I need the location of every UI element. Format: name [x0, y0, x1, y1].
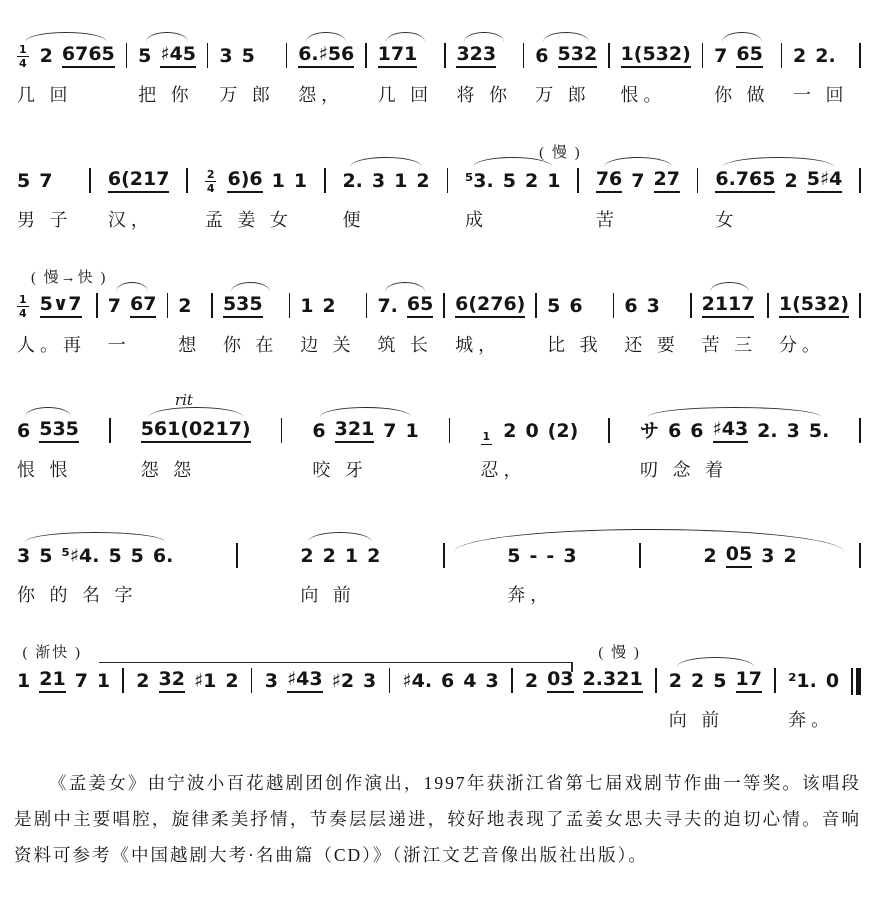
time-signature-numerator: 1	[17, 294, 29, 308]
score: 1426765几 回5♯45把 你35万 郎6.♯56怨，171几 回323将 …	[14, 16, 861, 732]
notes: ²1.0	[788, 667, 839, 693]
lyric: 怨，	[298, 81, 354, 107]
measure: 35⁵♯4.556.你 的 名 字	[14, 542, 176, 607]
time-signature-numerator: 1	[481, 431, 493, 445]
lyric: 女	[715, 206, 842, 232]
note-group: 27	[654, 170, 680, 193]
note-group: 1(532)	[621, 45, 691, 68]
notes: 2212	[300, 542, 380, 568]
lyric: 孟 姜 女	[205, 206, 307, 232]
notes: 2	[178, 292, 201, 318]
lyric: 成	[465, 206, 560, 232]
note-group: ♯2	[332, 672, 354, 693]
lyric: 人。再	[17, 331, 86, 357]
lyric: 怨 怨	[141, 456, 251, 482]
measure: 561(0217)怨 怨	[138, 417, 254, 482]
barline	[767, 293, 769, 318]
note-group: 6	[668, 422, 681, 443]
note-group: -	[546, 547, 554, 568]
note-group: 2	[136, 672, 149, 693]
notes: 145∨7	[17, 292, 86, 318]
note-group: ♯1	[194, 672, 216, 693]
note-group: 05	[726, 545, 752, 568]
lyric: 苦	[596, 206, 680, 232]
note-group: 3	[17, 547, 30, 568]
barline	[781, 43, 783, 68]
note-group: 5	[108, 547, 121, 568]
measure: 5--3奔，	[504, 542, 579, 607]
notes: 35⁵♯4.556.	[17, 542, 173, 568]
note-group: 5	[131, 547, 144, 568]
notes: 6.♯56	[298, 42, 354, 68]
measure: 765你 做	[711, 42, 773, 107]
notes: 20532	[704, 542, 797, 568]
lyric: 忍，	[481, 456, 579, 482]
notes: 1(532)	[621, 42, 691, 68]
notes: 323	[456, 42, 512, 68]
measure: 171几 回	[375, 42, 437, 107]
tempo-annotation: ( 慢 )	[539, 141, 582, 162]
note-group: 2	[525, 172, 538, 193]
lyric: 你 在	[223, 331, 279, 357]
lyric: 将 你	[456, 81, 512, 107]
measure: 76727苦	[593, 167, 683, 232]
note-group: 65	[407, 295, 433, 318]
measure: 1(532)分。	[776, 292, 852, 357]
measure: 232♯12	[133, 667, 241, 706]
barline	[236, 543, 238, 568]
note-group: 3	[563, 547, 576, 568]
barline	[109, 418, 111, 443]
note-group: ⁵3.	[465, 172, 494, 193]
lyric: 奔，	[507, 581, 576, 607]
note-group: 6)6	[227, 170, 262, 193]
barline	[289, 293, 291, 318]
note-group: 323	[456, 45, 496, 68]
measure: 12171	[14, 667, 113, 706]
measures-row: 57男 子6(217汉，246)611孟 姜 女2.312便⁵3.521成767…	[14, 167, 861, 232]
note-group: 3	[265, 672, 278, 693]
note-group: 3	[219, 47, 232, 68]
note-group: 5	[713, 672, 726, 693]
notes: 561(0217)	[141, 417, 251, 443]
barline	[697, 168, 699, 193]
notes: ⁵3.521	[465, 167, 560, 193]
note-group: ♯43	[287, 670, 323, 693]
tempo-annotation: ( 慢→快 )	[31, 266, 108, 287]
note-group: 5	[503, 172, 516, 193]
note-group: 7	[631, 172, 644, 193]
notes: 1426765	[17, 42, 115, 68]
barline	[365, 43, 367, 68]
time-signature-denominator: 4	[207, 182, 215, 195]
barline	[126, 43, 128, 68]
note-group: 532	[558, 45, 598, 68]
barline	[444, 43, 446, 68]
measure: 145∨7人。再	[14, 292, 89, 357]
notes: 246)611	[205, 167, 307, 193]
lyric: 分。	[779, 331, 849, 357]
lyric: 向 前	[669, 706, 762, 732]
note-group: 1(532)	[779, 295, 849, 318]
measure: 6.♯56怨，	[295, 42, 357, 107]
note-group: 6	[17, 422, 30, 443]
measure: サ66♯432.35.叨 念 着	[637, 417, 832, 482]
lyric: 一	[108, 331, 157, 357]
measure: 6532万 郎	[532, 42, 600, 107]
lyric: 一 回	[793, 81, 849, 107]
note-group: 6	[535, 47, 548, 68]
measure: 120(2)忍，	[478, 417, 582, 482]
lyric: 边 关	[300, 331, 356, 357]
notes: 767	[108, 292, 157, 318]
notes: 632171	[312, 417, 418, 443]
note-group: 0	[826, 672, 839, 693]
note-group: 17	[736, 670, 762, 693]
note-group: 6	[441, 672, 454, 693]
note-group: 6	[624, 297, 637, 318]
measures-row: 1426765几 回5♯45把 你35万 郎6.♯56怨，171几 回323将 …	[14, 42, 861, 107]
notes: 63	[624, 292, 680, 318]
notes: 6.76525♯4	[715, 167, 842, 193]
measure: 6(217汉，	[105, 167, 173, 232]
lyric: 几 回	[17, 81, 115, 107]
note-group: 2	[503, 422, 516, 443]
measures-row: 145∨7人。再767一2想535你 在12边 关7.65筑 长6(276)城，…	[14, 292, 861, 357]
time-signature-denominator: 4	[19, 57, 27, 70]
note-group: 2	[322, 297, 335, 318]
final-barline-thick	[856, 668, 861, 695]
notes: 56	[547, 292, 603, 318]
notes: 2.312	[342, 167, 429, 193]
measure: 2032.321	[522, 667, 646, 706]
tempo-annotation: ( 慢 )	[598, 641, 641, 662]
measure: 22.一 回	[790, 42, 852, 107]
note-group: 5	[547, 297, 560, 318]
notes: 6535	[17, 417, 79, 443]
barline	[96, 293, 98, 318]
time-signature: 24	[205, 169, 217, 195]
note-group: ♯4.	[402, 672, 432, 693]
barline	[207, 43, 209, 68]
note-group: 321	[335, 420, 375, 443]
note-group: 0	[525, 422, 538, 443]
note-group: 6(276)	[455, 295, 525, 318]
score-line-4: rit6535恨 恨561(0217)怨 怨632171咬 牙120(2)忍，サ…	[14, 391, 861, 482]
note-group: 2	[225, 672, 238, 693]
barline	[613, 293, 615, 318]
note-group: 1	[406, 422, 419, 443]
note-group: 5	[242, 47, 255, 68]
note-group: 2	[783, 547, 796, 568]
barline	[535, 293, 537, 318]
note-group: 7.	[377, 297, 397, 318]
lyric: 恨 恨	[17, 456, 79, 482]
time-signature-denominator: 4	[19, 307, 27, 320]
measure: 5♯45把 你	[135, 42, 199, 107]
notes: 22517	[669, 667, 762, 693]
notes: 5♯45	[138, 42, 196, 68]
note-group: サ	[640, 422, 659, 443]
barline	[702, 43, 704, 68]
note-group: 5	[138, 47, 151, 68]
time-signature: 14	[17, 44, 29, 70]
tempo-annotation: ( 渐快 )	[22, 641, 82, 662]
notes: 3♯43♯23	[265, 667, 377, 693]
score-line-3: ( 慢→快 )145∨7人。再767一2想535你 在12边 关7.65筑 长6…	[14, 266, 861, 357]
note-group: 3	[761, 547, 774, 568]
time-signature-numerator: 1	[17, 44, 29, 58]
note-group: 5	[507, 547, 520, 568]
note-group: 65	[736, 45, 762, 68]
score-line-1: 1426765几 回5♯45把 你35万 郎6.♯56怨，171几 回323将 …	[14, 16, 861, 107]
measure: 323将 你	[453, 42, 515, 107]
note-group: 7	[714, 47, 727, 68]
final-barline	[851, 668, 861, 695]
measure: 6(276)城，	[452, 292, 528, 357]
note-group: 7	[75, 672, 88, 693]
note-group: 6765	[62, 45, 115, 68]
lyric: 把 你	[138, 81, 196, 107]
barline	[186, 168, 188, 193]
lyric: 苦 三	[702, 331, 758, 357]
note-group: 32	[159, 670, 185, 693]
score-line-6: ( 渐快 )( 慢 )12171232♯123♯43♯23♯4.6432032.…	[14, 641, 861, 732]
barline	[859, 168, 861, 193]
lyric: 你 做	[714, 81, 770, 107]
barline	[324, 168, 326, 193]
time-signature: 14	[17, 294, 29, 320]
lyric: 便	[342, 206, 429, 232]
measure: 2想	[175, 292, 204, 357]
lyric: 向 前	[300, 581, 380, 607]
note-group: 03	[547, 670, 573, 693]
barline	[859, 293, 861, 318]
note-group: 6	[312, 422, 325, 443]
barline	[523, 43, 525, 68]
notes: 35	[219, 42, 275, 68]
time-signature-numerator: 2	[205, 169, 217, 183]
barline	[286, 43, 288, 68]
barline	[281, 418, 283, 443]
lyric: 叨 念 着	[640, 456, 829, 482]
measure: ²1.0奔。	[785, 667, 842, 732]
measures-row: 35⁵♯4.556.你 的 名 字2212向 前5--3奔，20532	[14, 542, 861, 607]
note-group: 171	[378, 45, 418, 68]
note-group: 2	[691, 672, 704, 693]
measure: 2.312便	[339, 167, 432, 232]
note-group: 2	[784, 172, 797, 193]
lyric: 男 子	[17, 206, 73, 232]
lyric: 咬 牙	[312, 456, 418, 482]
note-group: 6	[569, 297, 582, 318]
note-group: 3	[372, 172, 385, 193]
note-group: 2117	[702, 295, 755, 318]
notes: 7.65	[377, 292, 433, 318]
note-group: 6	[690, 422, 703, 443]
barline	[859, 43, 861, 68]
note-group: ⁵♯4.	[61, 547, 99, 568]
note-group: 1	[294, 172, 307, 193]
note-group: 2	[525, 672, 538, 693]
measure: 56比 我	[544, 292, 606, 357]
notes: 6(276)	[455, 292, 525, 318]
measure: 3♯43♯23	[262, 667, 380, 706]
note-group: 3	[363, 672, 376, 693]
measure: 1(532)恨。	[618, 42, 694, 107]
note-group: 2	[367, 547, 380, 568]
note-group: 2	[416, 172, 429, 193]
note-group: ♯43	[713, 420, 749, 443]
measures-row: 6535恨 恨561(0217)怨 怨632171咬 牙120(2)忍，サ66♯…	[14, 417, 861, 482]
lyric: 万 郎	[219, 81, 275, 107]
note-group: 5∨7	[40, 295, 82, 318]
note-group: 5	[39, 547, 52, 568]
notes: 5--3	[507, 542, 576, 568]
barline	[859, 418, 861, 443]
note-group: 2	[793, 47, 806, 68]
note-group: 7	[383, 422, 396, 443]
note-group: 21	[39, 670, 65, 693]
lyric: 城，	[455, 331, 525, 357]
lyric: 筑 长	[377, 331, 433, 357]
measure: ♯4.643	[399, 667, 501, 706]
notes: 232♯12	[136, 667, 238, 693]
measure: 63还 要	[621, 292, 683, 357]
notes: 12171	[17, 667, 110, 693]
score-line-5: 35⁵♯4.556.你 的 名 字2212向 前5--3奔，20532	[14, 516, 861, 607]
notes: 535	[223, 292, 279, 318]
measure: 20532	[701, 542, 800, 581]
barline	[608, 418, 610, 443]
note-group: 2	[40, 47, 53, 68]
measure: 2212向 前	[297, 542, 383, 607]
note-group: 3	[486, 672, 499, 693]
note-group: 1	[272, 172, 285, 193]
barline	[655, 668, 657, 693]
note-group: 6.765	[715, 170, 775, 193]
measure: 767一	[105, 292, 160, 357]
note-group: 6.	[153, 547, 173, 568]
lyric: 比 我	[547, 331, 603, 357]
measure: 6535恨 恨	[14, 417, 82, 482]
notes: 2032.321	[525, 667, 643, 693]
barline	[577, 168, 579, 193]
notes: 120(2)	[481, 417, 579, 443]
note-group: 535	[39, 420, 79, 443]
notes: 22.	[793, 42, 849, 68]
notes: ♯4.643	[402, 667, 498, 693]
note-group: 6.♯56	[298, 45, 354, 68]
note-group: 7	[108, 297, 121, 318]
measure: 57男 子	[14, 167, 76, 232]
measure: 6.76525♯4女	[712, 167, 845, 232]
barline	[366, 293, 368, 318]
note-group: 2.	[342, 172, 362, 193]
note-group: 5	[17, 172, 30, 193]
lyric: 几 回	[378, 81, 434, 107]
barline	[211, 293, 213, 318]
note-group: -	[530, 547, 538, 568]
measure: 35万 郎	[216, 42, 278, 107]
notes: 12	[300, 292, 356, 318]
note-group: ♯45	[160, 45, 196, 68]
sheet-music-page: 1426765几 回5♯45把 你35万 郎6.♯56怨，171几 回323将 …	[14, 16, 861, 874]
note-group: 2.	[815, 47, 835, 68]
note-group: 1	[300, 297, 313, 318]
final-barline-thin	[851, 668, 853, 695]
barline	[774, 668, 776, 693]
note-group: 3	[787, 422, 800, 443]
score-line-2: ( 慢 )57男 子6(217汉，246)611孟 姜 女2.312便⁵3.52…	[14, 141, 861, 232]
note-group: 76	[596, 170, 622, 193]
measure: 246)611孟 姜 女	[202, 167, 310, 232]
note-group: 2.	[757, 422, 777, 443]
lyric: 恨。	[621, 81, 691, 107]
measure: 22517向 前	[666, 667, 765, 732]
barline	[167, 293, 169, 318]
note-group: 6(217	[108, 170, 170, 193]
note-group: 1	[97, 672, 110, 693]
note-group: (2)	[548, 422, 579, 443]
notes: 765	[714, 42, 770, 68]
note-group: 535	[223, 295, 263, 318]
note-group: 1	[17, 672, 30, 693]
note-group: 3	[647, 297, 660, 318]
barline	[449, 418, 451, 443]
lyric: 你 的 名 字	[17, 581, 173, 607]
notes: サ66♯432.35.	[640, 417, 829, 443]
barline	[859, 543, 861, 568]
measure: 1426765几 回	[14, 42, 118, 107]
measure: 12边 关	[297, 292, 359, 357]
notes: 6(217	[108, 167, 170, 193]
time-signature: 1	[481, 431, 493, 445]
lyric: 还 要	[624, 331, 680, 357]
notes: 2117	[702, 292, 758, 318]
notes: 57	[17, 167, 73, 193]
note-group: 2	[669, 672, 682, 693]
note-group: 4	[463, 672, 476, 693]
notes: 171	[378, 42, 434, 68]
note-group: 1	[345, 547, 358, 568]
measure: 535你 在	[220, 292, 282, 357]
barline	[89, 168, 91, 193]
note-group: 561(0217)	[141, 420, 251, 443]
lyric: 万 郎	[535, 81, 597, 107]
notes: 76727	[596, 167, 680, 193]
measure: ⁵3.521成	[462, 167, 563, 232]
notes: 1(532)	[779, 292, 849, 318]
note-group: 1	[394, 172, 407, 193]
barline	[447, 168, 449, 193]
note-group: 2	[300, 547, 313, 568]
measure: 7.65筑 长	[374, 292, 436, 357]
note-group: 5♯4	[807, 170, 843, 193]
note-group: 2	[178, 297, 191, 318]
lyric: 汉，	[108, 206, 170, 232]
barline	[443, 293, 445, 318]
note-group: 67	[130, 295, 156, 318]
note-group: 1	[547, 172, 560, 193]
barline	[690, 293, 692, 318]
note-group: 2.321	[583, 670, 643, 693]
note-group: 7	[39, 172, 52, 193]
notes: 6532	[535, 42, 597, 68]
lyric: 奔。	[788, 706, 839, 732]
note-group: 2	[704, 547, 717, 568]
footer-paragraph: 《孟姜女》由宁波小百花越剧团创作演出，1997年获浙江省第七届戏剧节作曲一等奖。…	[14, 766, 861, 874]
